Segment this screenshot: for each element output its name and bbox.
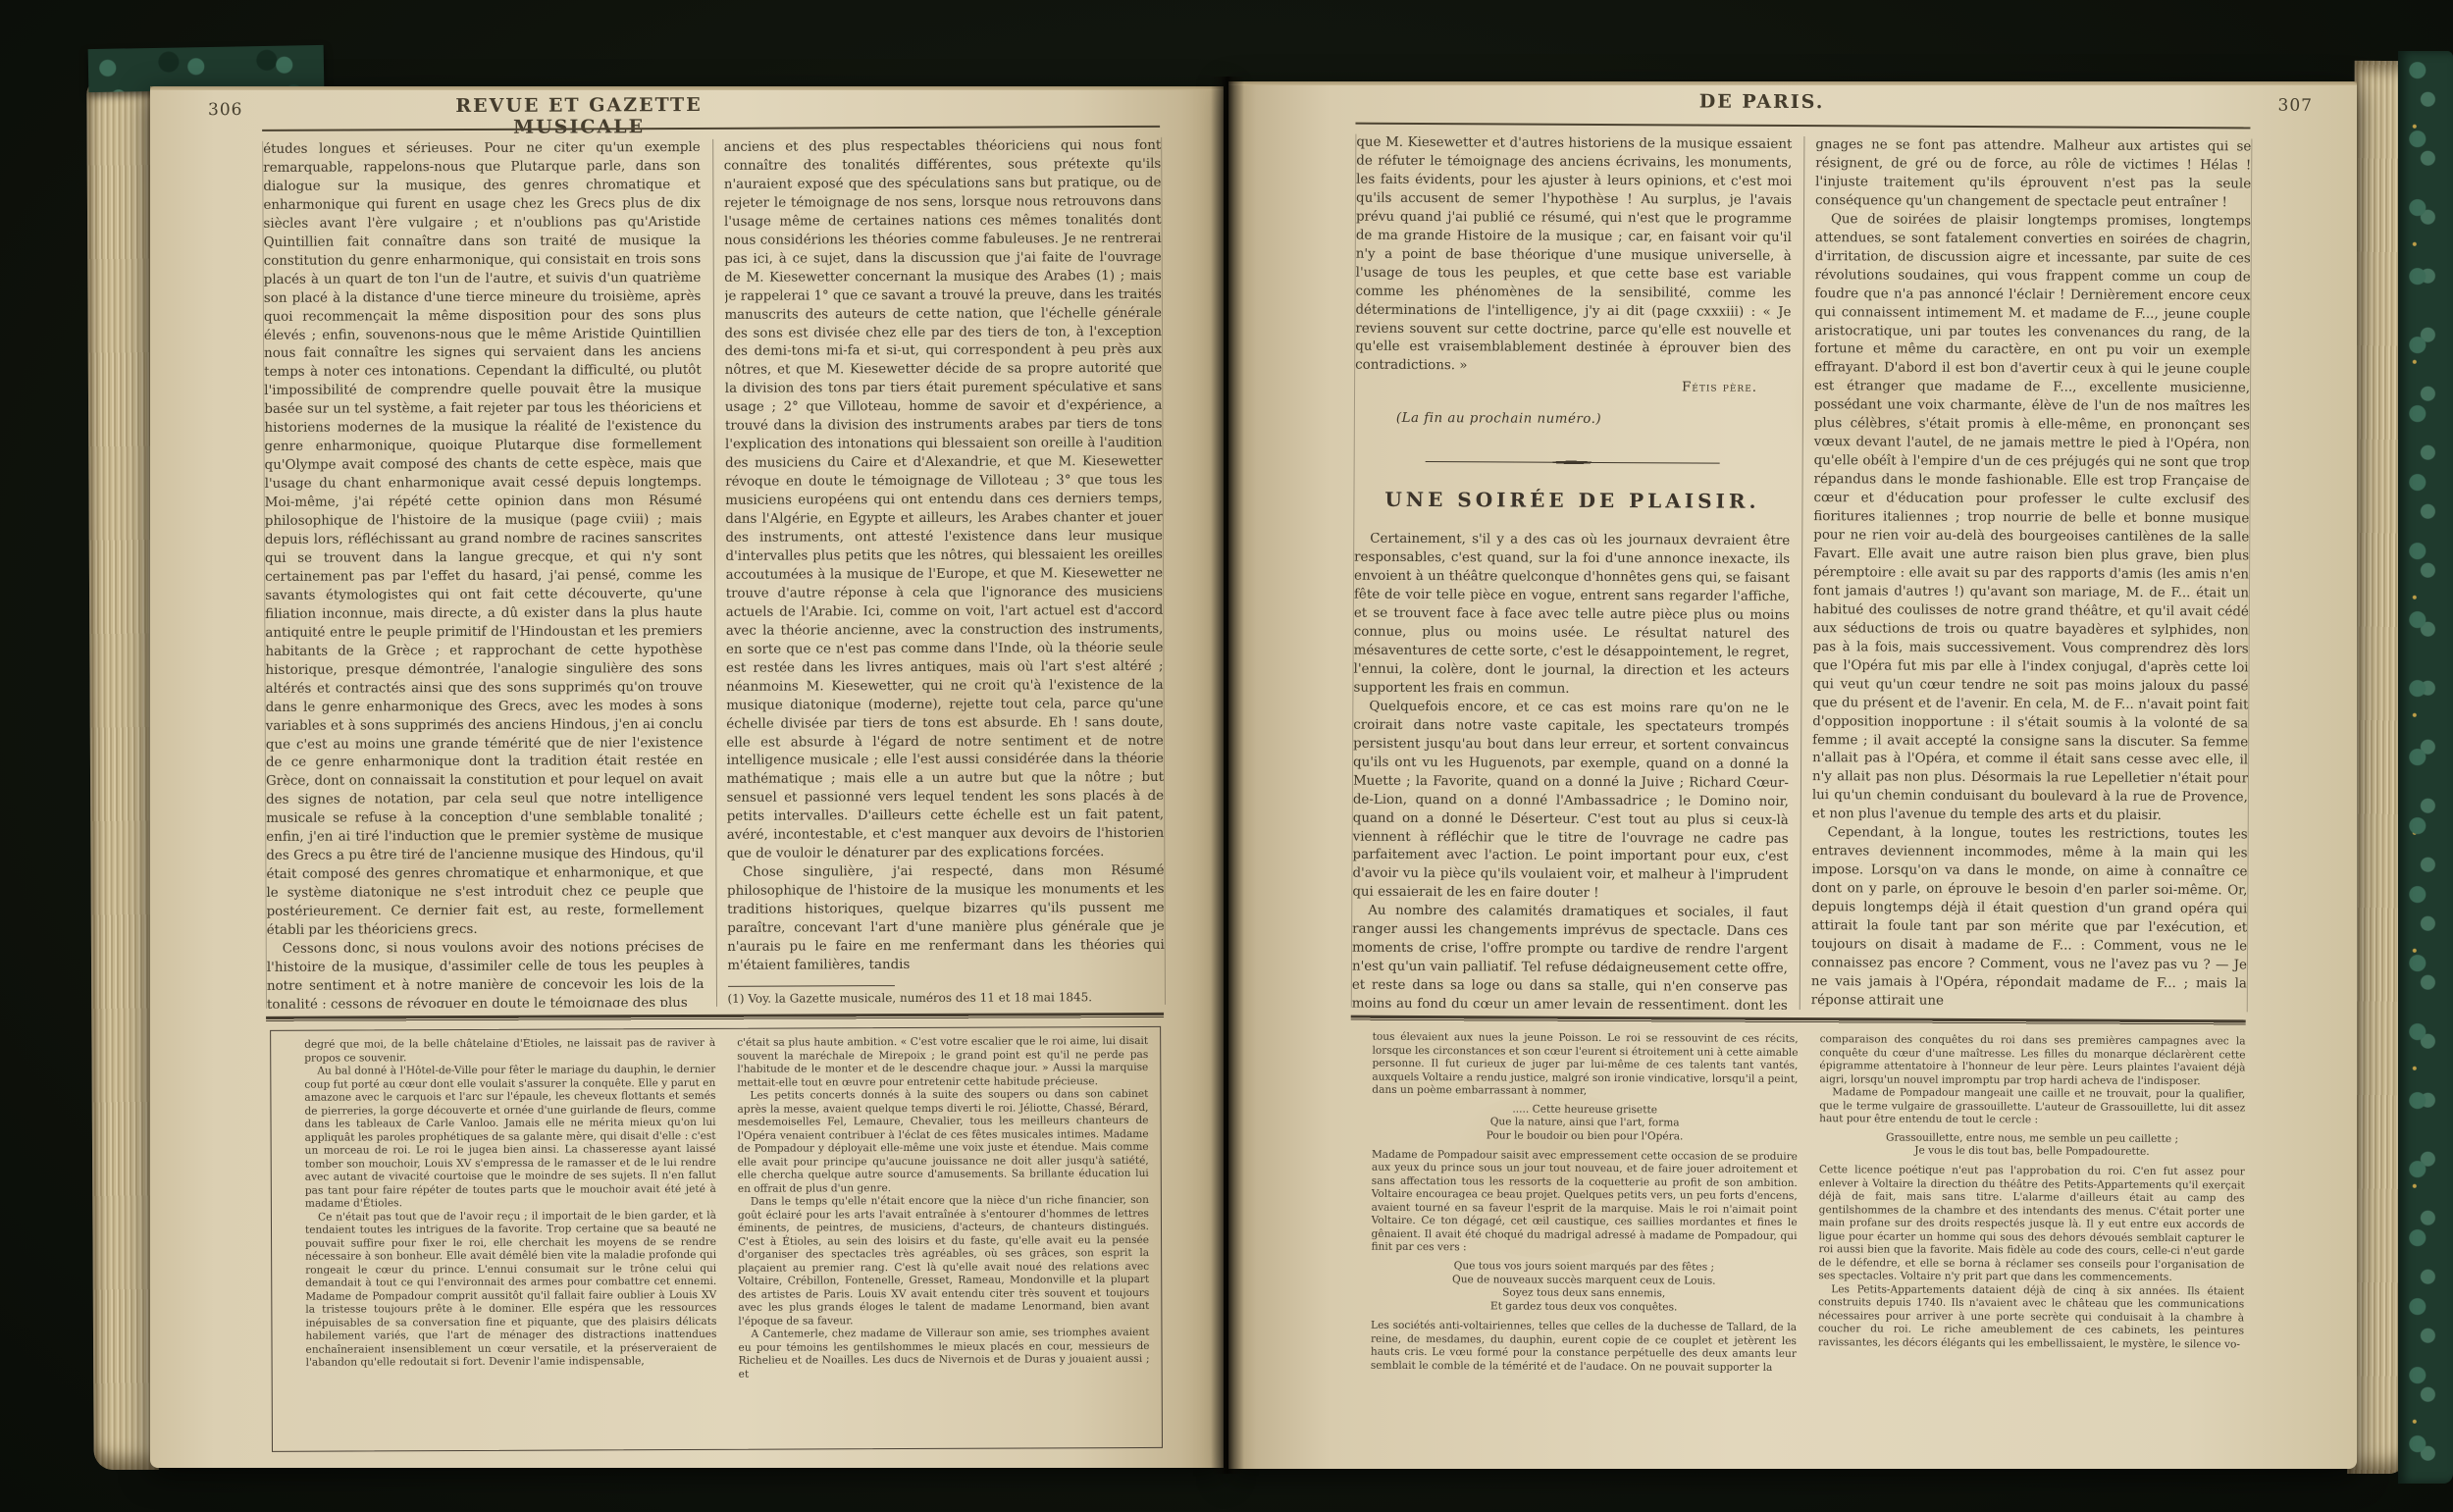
feuilleton-paragraph: Au bal donné à l'Hôtel-de-Ville pour fêt… [304,1064,716,1211]
column-divider [1800,136,1805,1010]
left-main-section: études longues et sérieuses. Pour ne cit… [262,137,1166,1009]
footnote-rule [727,985,894,987]
left-main-column-2: anciens et des plus respectables théoric… [724,137,1165,1007]
verse-line: Pour le boudoir ou bien pour l'Opéra. [1372,1129,1798,1145]
continuation-note: (La fin au prochain numéro.) [1355,410,1791,431]
paragraph: Au nombre des calamités dramatiques et s… [1352,903,1789,1010]
section-rule-right [1351,1016,2246,1026]
left-feuilleton-columns: degré que moi, de la belle châtelaine d'… [283,1035,1150,1443]
left-main-column-1: études longues et sérieuses. Pour ne cit… [263,139,704,1009]
paragraph: gnages ne se font pas attendre. Malheur … [1815,136,2251,213]
right-feuilleton-columns: tous élevaient aux nues la jeune Poisson… [1349,1031,2246,1433]
paragraph: que M. Kiesewetter et d'autres historien… [1355,134,1792,379]
verse-line: Et gardez tous deux vos conquêtes. [1371,1300,1797,1316]
journal-title-left: REVUE ET GAZETTE MUSICALE [392,94,765,139]
page-number-right: 307 [2278,96,2314,116]
paragraph: Cependant, à la longue, toutes les restr… [1811,824,2248,1012]
paragraph: Quelquefois encore, et ce cas est moins … [1352,698,1789,905]
verse-pompadourette: Grassouillette, entre nous, me semble un… [1819,1131,2245,1161]
right-main-column-1: que M. Kiesewetter et d'autres historien… [1352,134,1793,1010]
verse-line: Je vous le dis tout bas, belle Pompadour… [1819,1144,2245,1160]
right-feuilleton-column-2: comparaison des conquêtes du roi dans se… [1818,1033,2246,1432]
feuilleton-paragraph: Madame de Pompadour saisit avec empresse… [1371,1149,1798,1257]
column-divider [1349,1031,1351,1428]
fetis-article-end: que M. Kiesewetter et d'autres historien… [1355,134,1792,379]
feuilleton-paragraph: Dans le temps qu'elle n'était encore que… [738,1194,1150,1329]
left-feuilleton-box: degré que moi, de la belle châtelaine d'… [270,1026,1163,1452]
right-page: DE PARIS. 307 que M. Kiesewetter et d'au… [1228,81,2357,1469]
header-rule-right [1355,123,2250,130]
marbled-cover-right [2398,51,2453,1484]
paragraph: études longues et sérieuses. Pour ne cit… [263,139,704,941]
feuilleton-paragraph: A Cantemerle, chez madame de Villeraur s… [738,1327,1149,1382]
feuilleton-paragraph: c'était sa plus haute ambition. « C'est … [737,1035,1148,1090]
right-page-content: DE PARIS. 307 que M. Kiesewetter et d'au… [1225,78,2360,1472]
right-main-section: que M. Kiesewetter et d'autres historien… [1351,134,2253,1013]
paragraph: Que de soirées de plaisir longtemps prom… [1812,211,2251,827]
column-divider [283,1039,285,1443]
paragraph: Cessons donc, si nous voulons avoir des … [267,939,705,1009]
book-gutter-shadow [1211,77,1244,1474]
feuilleton-paragraph: Les petits concerts donnés à la suite de… [737,1088,1148,1196]
feuilleton-text: Cette licence poétique n'eut pas l'appro… [1818,1164,2245,1351]
feuilleton-paragraph: tous élevaient aux nues la jeune Poisson… [1372,1031,1798,1100]
paragraph: Chose singulière, j'ai respecté, dans mo… [727,862,1165,976]
article-heading: UNE SOIRÉE DE PLAISIR. [1354,491,1790,511]
book-scan-photo: 306 REVUE ET GAZETTE MUSICALE études lon… [0,0,2453,1512]
section-rule-left [266,1013,1164,1022]
left-page: 306 REVUE ET GAZETTE MUSICALE études lon… [150,86,1224,1468]
left-feuilleton-column-1: degré que moi, de la belle châtelaine d'… [304,1037,717,1443]
page-number-left: 306 [208,100,243,120]
feuilleton-text: Les sociétés anti-voltairiennes, telles … [1371,1320,1797,1375]
left-main-column-2-text: anciens et des plus respectables théoric… [724,137,1165,980]
footnote-text: (1) Voy. la Gazette musicale, numéros de… [727,990,1165,1007]
feuilleton-paragraph: Les sociétés anti-voltairiennes, telles … [1371,1320,1797,1375]
left-page-content: 306 REVUE ET GAZETTE MUSICALE études lon… [147,84,1226,1471]
paragraph: anciens et des plus respectables théoric… [724,137,1165,864]
feuilleton-text: tous élevaient aux nues la jeune Poisson… [1372,1031,1798,1100]
right-feuilleton-column-1: tous élevaient aux nues la jeune Poisson… [1371,1031,1799,1430]
feuilleton-paragraph: Ce n'était pas tout que de l'avoir reçu … [305,1209,717,1370]
paragraph: Certainement, s'il y a des cas où les jo… [1353,531,1790,701]
feuilleton-text: Madame de Pompadour saisit avec empresse… [1371,1149,1798,1257]
journal-title-right: DE PARIS. [1586,90,1939,114]
right-feuilleton-section: tous élevaient aux nues la jeune Poisson… [1349,1031,2246,1433]
verse-madrigal: Que tous vos jours soient marqués par de… [1371,1260,1797,1316]
feuilleton-paragraph: Madame de Pompadour mangeait une caille … [1819,1086,2245,1128]
footnote-block: (1) Voy. la Gazette musicale, numéros de… [727,978,1165,1007]
feuilleton-paragraph: comparaison des conquêtes du roi dans se… [1819,1033,2245,1088]
right-main-column-2: gnages ne se font pas attendre. Malheur … [1811,136,2252,1012]
feuilleton-paragraph: Les Petits-Appartements dataient déjà de… [1818,1283,2244,1352]
decorative-rule [1426,458,1720,467]
feuilleton-paragraph: Cette licence poétique n'eut pas l'appro… [1818,1164,2245,1285]
soiree-article-start: Certainement, s'il y a des cas où les jo… [1352,531,1791,1010]
article-signature: Fétis père. [1355,378,1791,398]
feuilleton-paragraph: degré que moi, de la belle châtelaine d'… [304,1037,715,1066]
marbled-cover-top-left [88,45,325,92]
verse-grisette: ..... Cette heureuse grisetteQue la natu… [1372,1102,1798,1145]
left-feuilleton-column-2: c'était sa plus haute ambition. « C'est … [737,1035,1150,1441]
column-divider [712,139,717,1007]
feuilleton-text: comparaison des conquêtes du roi dans se… [1819,1033,2245,1128]
